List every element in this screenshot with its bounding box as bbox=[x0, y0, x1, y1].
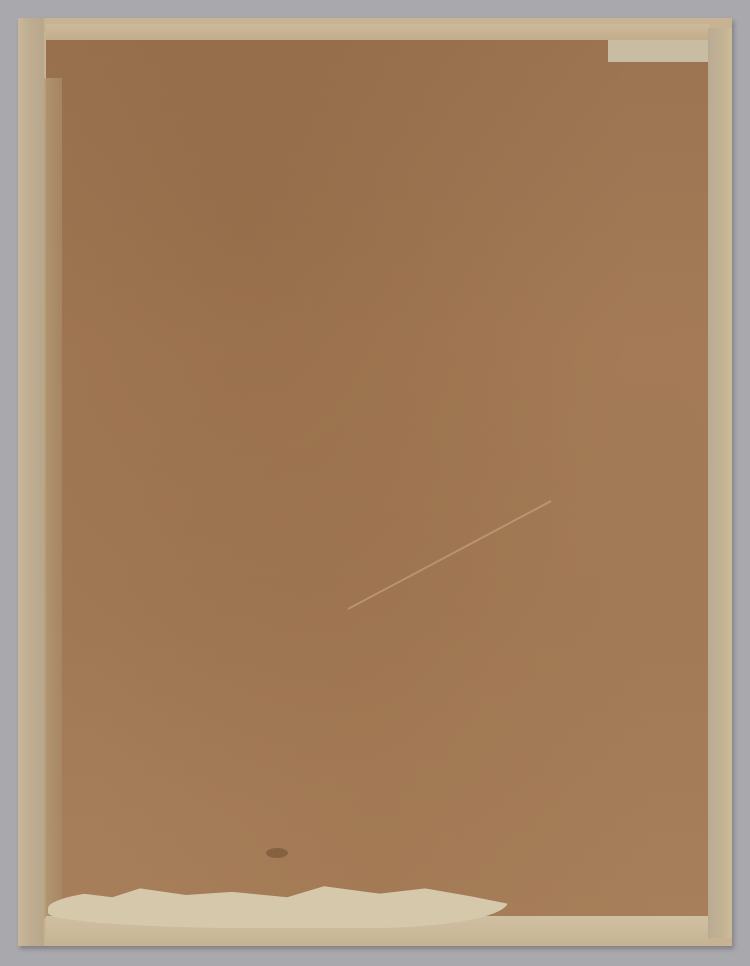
tape-strip-top-right bbox=[608, 40, 708, 62]
brown-paper-backing bbox=[46, 40, 708, 920]
tape-strip-right bbox=[708, 28, 732, 938]
board-left-edge bbox=[18, 18, 44, 946]
stain-mark bbox=[266, 848, 288, 858]
tape-strip-left bbox=[44, 78, 62, 918]
mounting-board bbox=[18, 18, 732, 946]
